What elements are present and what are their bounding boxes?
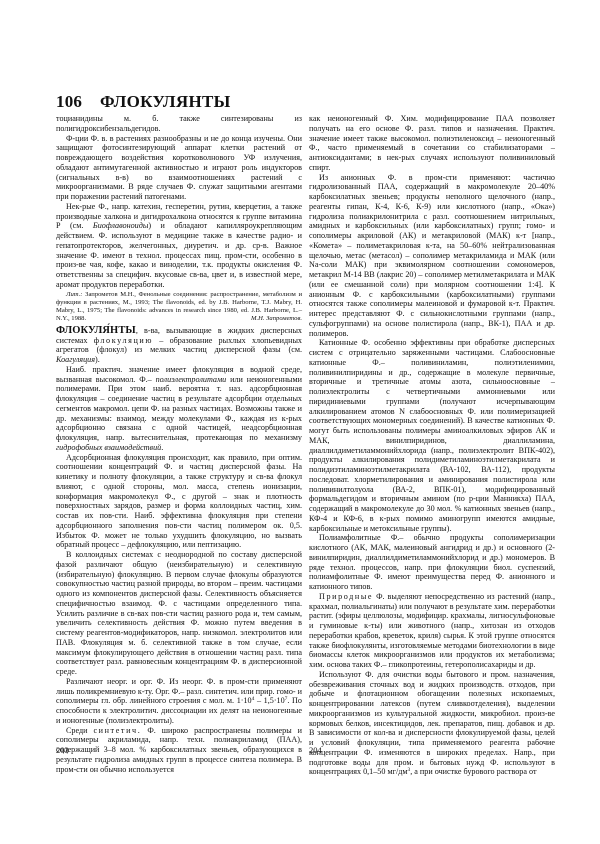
author-signature: М.Н. Запрометов. [241, 315, 302, 323]
text: , а при очистке бурового раствора от [410, 767, 536, 776]
spaced-term: Природные [319, 592, 373, 601]
paragraph: тоцианидины м. б. также синтезированы из… [56, 114, 302, 134]
text: Среди [66, 726, 93, 735]
paragraph: Используют Ф. для очистки воды бытового … [309, 670, 555, 777]
literature-label: Лит.: [66, 291, 82, 298]
column-number-right: 204 [309, 745, 322, 755]
entry-headword: ФЛОКУЛЯ́НТЫ [56, 325, 136, 336]
literature-reference: Лит.: Запрометов М.Н., Фенольные соедине… [56, 291, 302, 323]
paragraph: Из анионных Ф. в пром-сти применяют: час… [309, 173, 555, 339]
defined-term: флокуляцию [94, 336, 153, 345]
paragraph: Среди синтетич. Ф. широко распространены… [56, 726, 302, 775]
text: . [161, 443, 163, 452]
cross-reference-link[interactable]: Коагуляция [56, 355, 95, 364]
paragraph: В коллоидных системах с неоднородной по … [56, 550, 302, 677]
column-number-left: 203 [56, 745, 69, 755]
text: ). [95, 355, 100, 364]
paragraph: Различают неорг. и орг. Ф. Из неорг. Ф. … [56, 677, 302, 726]
cross-reference-link[interactable]: Биофлавоноиды [93, 221, 148, 230]
paragraph: Наиб. практич. значение имеет флокуляция… [56, 365, 302, 453]
cross-reference-link[interactable]: гидрофобных взаимодействий [56, 443, 161, 452]
entry-definition: ФЛОКУЛЯ́НТЫ, в-ва, вызывающие в жидких д… [56, 326, 302, 365]
text: или неионогенными полимерами. При этом н… [56, 375, 302, 443]
paragraph: Природные Ф. выделяют непосредственно из… [309, 592, 555, 670]
paragraph: Нек-рые Ф., напр. катехин, гесперетин, р… [56, 202, 302, 290]
left-column: тоцианидины м. б. также синтезированы из… [56, 114, 302, 774]
paragraph: Ф-ции Ф. в. в растениях разнообразны и н… [56, 134, 302, 202]
right-column: как неионогенный Ф. Хим. модифицирование… [309, 114, 555, 777]
spaced-term: синтетич. [93, 726, 141, 735]
text: – 1,5·10 [254, 696, 284, 705]
text: ) и обладают капилляроукрепляющим действ… [56, 221, 302, 289]
cross-reference-link[interactable]: полиэлектролитами [156, 375, 227, 384]
page-number: 106 [56, 92, 82, 112]
paragraph: Катионные Ф. особенно эффективны при обр… [309, 338, 555, 533]
paragraph: как неионогенный Ф. Хим. модифицирование… [309, 114, 555, 173]
paragraph: Адсорбционная флокуляция происходит, как… [56, 453, 302, 551]
paragraph: Полиамфолитные Ф.– обычно продукты сопол… [309, 533, 555, 592]
text: Ф. выделяют непосредственно из растений … [309, 592, 555, 669]
running-title: ФЛОКУЛЯНТЫ [100, 92, 231, 112]
text: Используют Ф. для очистки воды бытового … [309, 670, 555, 777]
page-header: 106 ФЛОКУЛЯНТЫ [56, 92, 556, 114]
